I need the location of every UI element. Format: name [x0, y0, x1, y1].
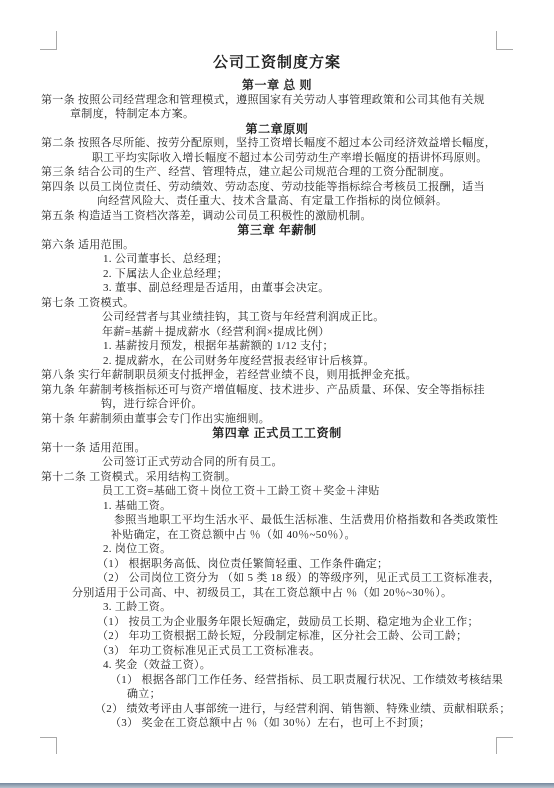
para-line: 员工工资=基础工资＋岗位工资＋工龄工资＋奖金＋津贴: [102, 485, 380, 498]
chapter-heading: 第四章 正式员工工资制: [0, 427, 554, 440]
article-line: 第七条 工资模式。: [41, 297, 134, 310]
article-line: 第三条 结合公司的生产、经营、管理特点，建立起公司规范合理的工资分配制度。: [41, 166, 451, 179]
article-line: 第八条 实行年薪制职员须支付抵押金，若经营业绩不良，则用抵押金充抵。: [41, 369, 417, 382]
item-line: 3. 董事、副总经理是否适用，由董事会决定。: [103, 282, 330, 295]
wrap-line: 确立；: [127, 688, 161, 701]
item-line: 1. 基薪按月预发，根据年基薪额的 1/12 支付；: [103, 340, 334, 353]
subitem-line: （2） 年功工资根据工龄长短，分段制定标准，区分社会工龄、公司工龄；: [97, 630, 467, 643]
article-line: 第二条 按照各尽所能、按劳分配原则，坚持工资增长幅度不超过本公司经济效益增长幅度…: [41, 137, 496, 150]
item-line: 2. 下属法人企业总经理；: [103, 268, 228, 281]
article-line: 第十条 年薪制须由董事会专门作出实施细则。: [41, 413, 270, 426]
article-line: 第九条 年薪制考核指标还可与资产增值幅度、技术进步、产品质量、环保、安全等指标挂: [41, 384, 485, 397]
article-line: 第十一条 适用范围。: [41, 442, 146, 455]
para-line: 年薪=基薪＋提成薪水（经营利润×提成比例）: [102, 326, 330, 339]
wrap-line: 职工平均实际收入增长幅度不超过本公司劳动生产率增长幅度的捂讲怀玛原则。: [92, 152, 488, 165]
crop-mark-top-left: [40, 31, 57, 50]
wrap-line: 向经营风险大、责任重大、技术含量高、有定量工作指标的岗位倾斜。: [97, 195, 447, 208]
subitem-line: （1） 根据职务高低、岗位责任繁简轻重、工作条件确定；: [97, 558, 388, 571]
article-line: 第四条 以员工岗位责任、劳动绩效、劳动态度、劳动技能等指标综合考核员工报酬，适当: [41, 181, 485, 194]
crop-mark-bottom-right: [496, 737, 513, 754]
article-line: 第六条 适用范围。: [41, 239, 134, 252]
item-line: 3. 工龄工资。: [103, 601, 171, 614]
chapter-heading: 第一章 总 则: [0, 79, 554, 92]
subitem-line: （2） 绩效考评由人事部统一进行，与经营利润、销售额、特殊业绩、贡献相联系；: [95, 703, 511, 716]
wrap-line: 分别适用于公司高、中、初级员工，其在工资总额中占 ％（如 20％~30％）。: [72, 587, 452, 600]
item-line: 1. 基础工资。: [103, 500, 171, 513]
document-title: 公司工资制度方案: [0, 51, 554, 72]
wrap-line: 章制度，特制定本方案。: [70, 108, 194, 121]
crop-mark-bottom-left: [40, 737, 57, 754]
para-line: 公司签订正式劳动合同的所有员工。: [102, 456, 283, 469]
wrap-line: 参照当地职工平均生活水平、最低生活标准、生活费用价格指数和各类政策性: [114, 514, 498, 527]
document-page: 公司工资制度方案 第一章 总 则第一条 按照公司经营理念和管理模式，遵照国家有关…: [0, 0, 554, 788]
chapter-heading: 第三章 年薪制: [0, 224, 554, 237]
item-line: 2. 提成薪水，在公司财务年度经营报表经审计后核算。: [103, 355, 375, 368]
subitem-line: （3） 年功工资标准见正式员工工资标准表。: [97, 645, 321, 658]
para-line: 公司经营者与其业绩挂钩，其工资与年经营利润成正比。: [102, 311, 385, 324]
subitem-line: （2） 公司岗位工资分为 （如 5 类 18 级）的等级序列，见正式员工工资标准…: [97, 572, 500, 585]
window-bottom-edge: [0, 783, 554, 788]
subitem-line: （3） 奖金在工资总额中占 ％（如 30％）左右，也可上不封顶；: [110, 717, 430, 730]
item-line: 4. 奖金（效益工资）。: [103, 659, 211, 672]
wrap-line: 钩，进行综合评价。: [101, 398, 203, 411]
wrap-line: 补贴确定，在工资总额中占 ％（如 40％~50％）。: [111, 529, 356, 542]
article-line: 第十二条 工资模式。采用结构工资制。: [41, 471, 236, 484]
article-line: 第五条 构造适当工资档次落差，调动公司员工积极性的激励机制。: [41, 210, 372, 223]
item-line: 1. 公司董事长、总经理；: [103, 253, 228, 266]
subitem-line: （1） 按员工为企业服务年限长短确定，鼓励员工长期、稳定地为企业工作；: [97, 616, 479, 629]
item-line: 2. 岗位工资。: [103, 543, 171, 556]
article-line: 第一条 按照公司经营理念和管理模式，遵照国家有关劳动人事管理政策和公司其他有关规: [41, 94, 485, 107]
crop-mark-top-right: [496, 31, 513, 50]
subitem-line: （1） 根据各部门工作任务、经营指标、员工职责履行状况、工作绩效考核结果: [110, 674, 503, 687]
chapter-heading: 第二章原则: [0, 123, 554, 136]
